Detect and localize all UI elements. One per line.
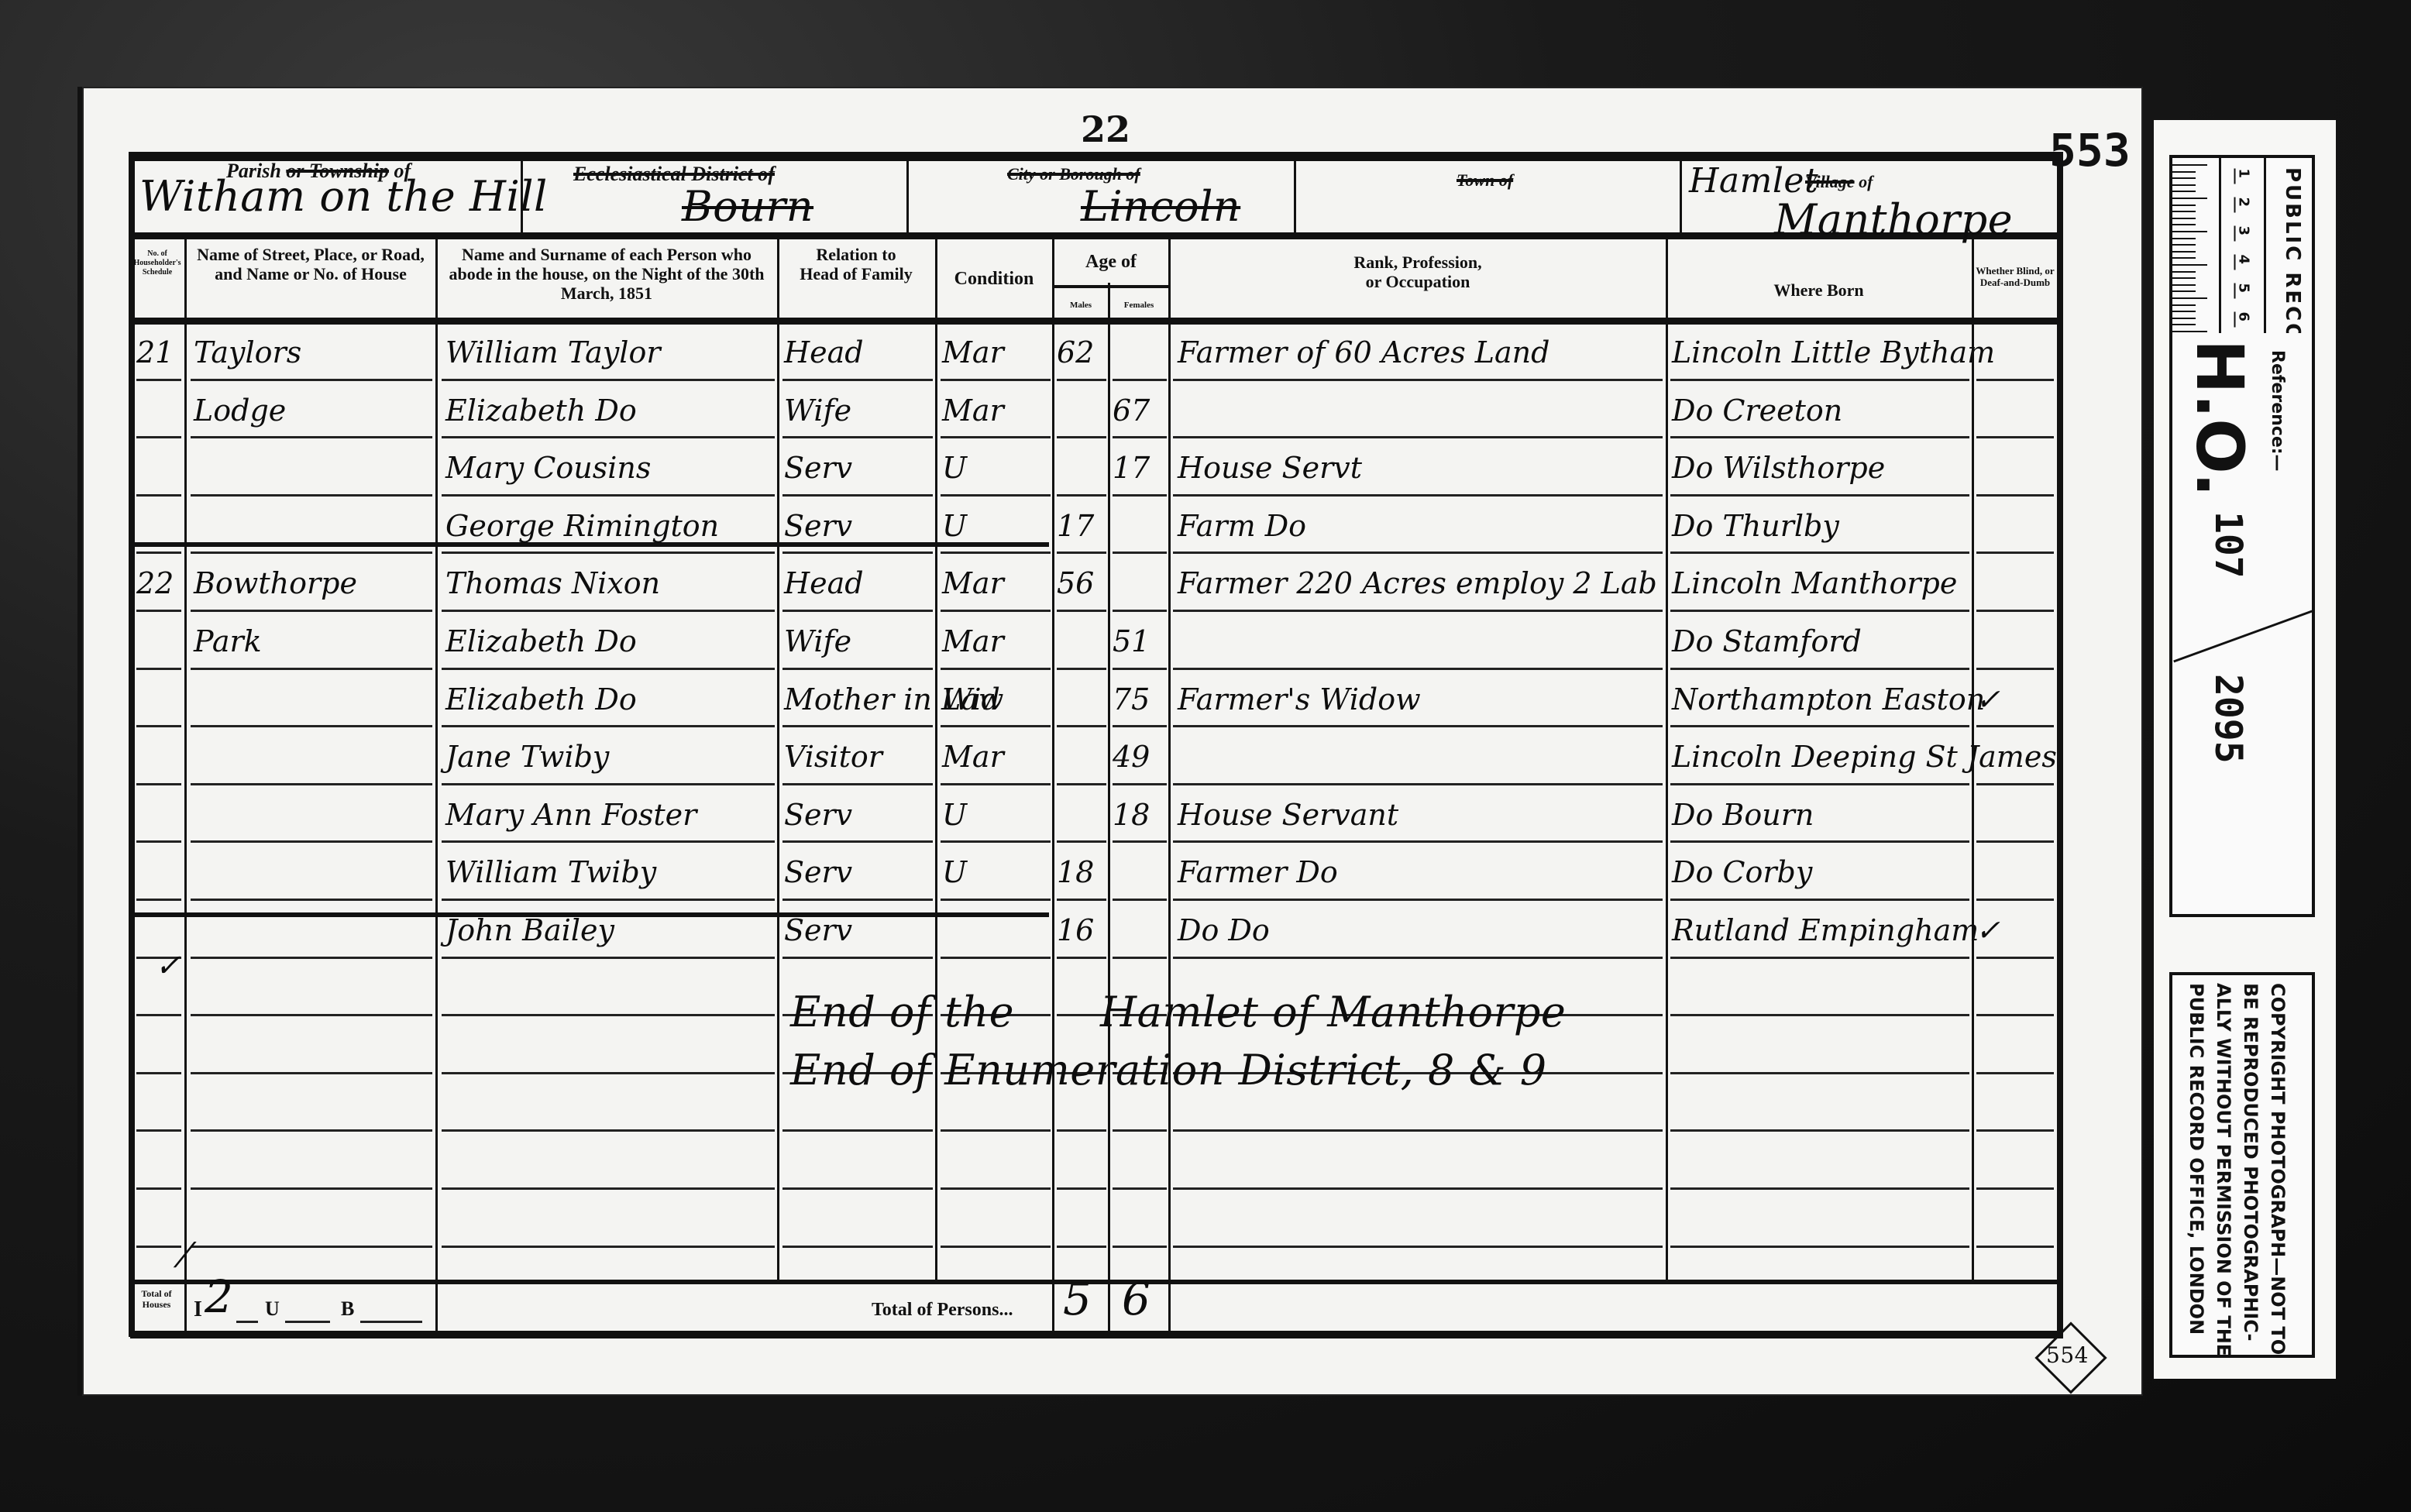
- houses-inhabited-value: 2: [205, 1280, 233, 1314]
- row-rule: [1976, 1187, 2054, 1190]
- cell-condition: Wid: [942, 672, 1051, 727]
- row-rule: [941, 1246, 1051, 1248]
- end-enumeration-district: End of Enumeration District, 8 & 9: [790, 1053, 1547, 1088]
- houses-inhabited-prefix: I: [194, 1297, 202, 1322]
- piece-divider: [2173, 610, 2313, 663]
- cell-name: William Taylor: [445, 325, 775, 380]
- copyright-line-4: PUBLIC RECORD OFFICE, LONDON: [2186, 983, 2207, 1335]
- ruler-tick: [2172, 257, 2196, 259]
- col-header-street: Name of Street, Place, or Road, and Name…: [190, 245, 432, 283]
- ruler-tick: [2172, 171, 2196, 173]
- row-rule: [782, 1187, 933, 1190]
- ruler-tick: [2172, 264, 2207, 266]
- cell-name: Mary Cousins: [445, 441, 775, 495]
- cell-age-female: 49: [1113, 730, 1167, 784]
- row-rule: [136, 1072, 181, 1074]
- row-rule: [136, 668, 181, 670]
- cell-relation: Head: [784, 556, 933, 610]
- row-rule: [191, 1014, 432, 1016]
- reference-label: Reference:—: [2268, 350, 2287, 472]
- row-rule: [1057, 1014, 1106, 1016]
- cell-birthplace: Do Thurlby: [1672, 499, 1970, 553]
- cell-birthplace: Northampton Easton: [1672, 672, 1970, 727]
- cell-age-female: 18: [1113, 788, 1167, 842]
- cell-condition: U: [942, 788, 1051, 842]
- cell-age-female: [1113, 845, 1167, 899]
- cell-age-male: 18: [1057, 845, 1106, 899]
- total-persons-label: Total of Persons...: [872, 1300, 1013, 1321]
- row-rule: [941, 1187, 1051, 1190]
- ruler-cm-label: 1: [2234, 169, 2252, 184]
- bottom-left-tick: ⁄: [182, 1239, 188, 1273]
- cell-name: William Twiby: [445, 845, 775, 899]
- ruler-box: 123456 PUBLIC RECORD OFFICE: [2169, 155, 2315, 339]
- cell-birthplace: Lincoln Manthorpe: [1672, 556, 1970, 610]
- total-females: 6: [1122, 1282, 1150, 1316]
- ruler-cm-scale: 123456: [2219, 158, 2266, 336]
- row-rule: [1670, 1129, 1969, 1132]
- cell-blind: [1976, 499, 2053, 553]
- row-rule: [1976, 1129, 2054, 1132]
- row-rule: [1057, 1246, 1106, 1248]
- series-code: H.O.: [2182, 339, 2258, 497]
- row-rule: [782, 1246, 933, 1248]
- row-rule: [442, 1246, 775, 1248]
- cell-birthplace: Do Corby: [1672, 845, 1970, 899]
- row-rule: [191, 494, 432, 497]
- row-rule: [1976, 1246, 2054, 1248]
- row-rule: [136, 899, 181, 901]
- cell-blind: [1976, 788, 2053, 842]
- piece-box: 107 2095: [2169, 496, 2315, 917]
- cell-age-female: [1113, 903, 1167, 957]
- row-rule: [1976, 1014, 2054, 1016]
- margin-tick: ✓: [155, 949, 181, 983]
- ruler-cm-label: 6: [2234, 312, 2252, 328]
- col-header-occupation: Rank, Profession, or Occupation: [1348, 253, 1488, 291]
- reference-strip: 123456 PUBLIC RECORD OFFICE Reference:— …: [2154, 120, 2336, 1379]
- cell-occupation: House Servt: [1178, 441, 1662, 495]
- col-header-condition: Condition: [937, 270, 1051, 289]
- ruler-tick: [2172, 231, 2207, 232]
- cell-relation: Wife: [784, 614, 933, 668]
- cell-occupation: Farmer Do: [1178, 845, 1662, 899]
- col-header-schedule: No. of Householder's Schedule: [133, 249, 181, 318]
- ruler-tick: [2172, 184, 2196, 186]
- cell-blind: [1976, 383, 2053, 438]
- ruler-tick: [2172, 177, 2196, 179]
- ruler-tick: [2172, 331, 2207, 332]
- street-name: Lodge: [194, 383, 430, 438]
- row-rule: [191, 1246, 432, 1248]
- piece-number: 107: [2206, 511, 2250, 579]
- row-rule: [442, 1187, 775, 1190]
- row-rule: [136, 783, 181, 785]
- cell-name: Elizabeth Do: [445, 672, 775, 727]
- row-rule: [782, 1129, 933, 1132]
- ruler-tick: [2172, 164, 2207, 166]
- cell-condition: U: [942, 845, 1051, 899]
- row-rule: [1670, 1014, 1969, 1016]
- ruler-tick: [2172, 311, 2196, 312]
- row-rule: [191, 840, 432, 843]
- cell-name: Elizabeth Do: [445, 614, 775, 668]
- cell-condition: Mar: [942, 325, 1051, 380]
- ruler-tick: [2172, 297, 2207, 299]
- ruler-tick: [2172, 204, 2196, 206]
- ruler-tick: [2172, 191, 2196, 192]
- row-rule: [1173, 1246, 1663, 1248]
- ruler-tick: [2172, 324, 2196, 325]
- row-rule: [1173, 1187, 1663, 1190]
- cell-birthplace: Do Creeton: [1672, 383, 1970, 438]
- schedule-number: 21: [136, 325, 183, 380]
- cell-occupation: [1178, 383, 1662, 438]
- cell-age-male: [1057, 441, 1106, 495]
- hamlet-value: Manthorpe: [1774, 203, 2013, 237]
- cell-occupation: House Servant: [1178, 788, 1662, 842]
- cell-birthplace: Lincoln Little Bytham: [1672, 325, 1970, 380]
- row-rule: [136, 840, 181, 843]
- row-rule: [1113, 1187, 1167, 1190]
- ruler-cm-label: 5: [2234, 283, 2252, 299]
- row-rule: [136, 1187, 181, 1190]
- row-rule: [191, 957, 432, 959]
- row-rule: [136, 494, 181, 497]
- cell-blind: [1976, 614, 2053, 668]
- row-rule: [941, 1129, 1051, 1132]
- col-header-age: Age of: [1054, 253, 1168, 272]
- cell-name: Jane Twiby: [445, 730, 775, 784]
- cell-blind: ✓: [1976, 903, 2053, 957]
- cell-condition: Mar: [942, 383, 1051, 438]
- total-males: 5: [1063, 1282, 1092, 1316]
- copyright-line-3: ALLY WITHOUT PERMISSION OF THE: [2213, 983, 2234, 1356]
- city-value: Lincoln: [1081, 190, 1240, 224]
- cell-relation: Wife: [784, 383, 933, 438]
- row-rule: [1670, 1246, 1969, 1248]
- cell-condition: Mar: [942, 730, 1051, 784]
- row-rule: [442, 1072, 775, 1074]
- cell-age-male: [1057, 672, 1106, 727]
- street-name: Bowthorpe: [194, 556, 430, 610]
- row-rule: [1670, 1072, 1969, 1074]
- cell-occupation: Farmer's Widow: [1178, 672, 1662, 727]
- cell-occupation: Farmer of 60 Acres Land: [1178, 325, 1662, 380]
- cell-blind: ✓: [1976, 672, 2053, 727]
- cell-age-female: [1113, 325, 1167, 380]
- ruler-tick: [2172, 244, 2196, 246]
- cell-birthplace: Rutland Empingham: [1672, 903, 1970, 957]
- cell-blind: [1976, 441, 2053, 495]
- cell-condition: U: [942, 441, 1051, 495]
- cell-relation: Serv: [784, 788, 933, 842]
- ruler-tick: [2172, 271, 2196, 273]
- cell-condition: Mar: [942, 556, 1051, 610]
- ruler-tick: [2172, 224, 2196, 225]
- cell-relation: Mother in Law: [784, 672, 933, 727]
- cell-occupation: [1178, 730, 1662, 784]
- cell-name: Mary Ann Foster: [445, 788, 775, 842]
- row-rule: [1670, 1187, 1969, 1190]
- ruler-cm-label: 2: [2234, 198, 2252, 213]
- row-rule: [136, 1246, 181, 1248]
- cell-name: George Rimington: [445, 499, 775, 553]
- row-rule: [136, 1014, 181, 1016]
- parish-value: Witham on the Hill: [139, 180, 548, 214]
- row-rule: [191, 552, 432, 554]
- row-rule: [1113, 1246, 1167, 1248]
- ecclesiastical-value: Bourn: [682, 190, 813, 224]
- cell-age-female: 51: [1113, 614, 1167, 668]
- cell-birthplace: Do Bourn: [1672, 788, 1970, 842]
- ruler-tick: [2172, 290, 2196, 292]
- building-label: B: [341, 1297, 354, 1321]
- cell-occupation: [1178, 614, 1662, 668]
- ruler-tick: [2172, 277, 2196, 279]
- row-rule: [1057, 1187, 1106, 1190]
- cell-name: Thomas Nixon: [445, 556, 775, 610]
- ruler-tick: [2172, 318, 2196, 319]
- cell-blind: [1976, 845, 2053, 899]
- row-rule: [136, 725, 181, 727]
- row-rule: [442, 1014, 775, 1016]
- row-rule: [191, 1187, 432, 1190]
- ruler-tick: [2172, 304, 2196, 306]
- cell-age-male: [1057, 614, 1106, 668]
- cell-age-female: [1113, 556, 1167, 610]
- row-rule: [1113, 1129, 1167, 1132]
- cell-relation: Visitor: [784, 730, 933, 784]
- row-rule: [136, 436, 181, 438]
- cell-relation: Serv: [784, 499, 933, 553]
- ruler-cm-label: 4: [2234, 255, 2252, 270]
- cell-age-male: [1057, 383, 1106, 438]
- row-rule: [136, 552, 181, 554]
- cell-age-male: 56: [1057, 556, 1106, 610]
- cell-birthplace: Do Wilsthorpe: [1672, 441, 1970, 495]
- cell-condition: Mar: [942, 614, 1051, 668]
- ruler-tick: [2172, 284, 2196, 286]
- row-rule: [191, 1072, 432, 1074]
- cell-relation: Head: [784, 325, 933, 380]
- cell-occupation: Do Do: [1178, 903, 1662, 957]
- cell-age-female: 75: [1113, 672, 1167, 727]
- cell-occupation: Farm Do: [1178, 499, 1662, 553]
- row-rule: [442, 1129, 775, 1132]
- hamlet-prefix: Hamlet: [1689, 164, 1818, 198]
- ruler-tick: [2172, 211, 2196, 212]
- hamlet-struck-word: Village: [1805, 172, 1855, 191]
- row-rule: [1976, 1072, 2054, 1074]
- row-rule: [1173, 1129, 1663, 1132]
- cell-relation: Serv: [784, 845, 933, 899]
- cell-age-male: 62: [1057, 325, 1106, 380]
- diamond-page-number: 554: [2046, 1338, 2089, 1373]
- row-rule: [1057, 1129, 1106, 1132]
- ruler-cm-label: 3: [2234, 226, 2252, 242]
- end-hamlet: Hamlet of Manthorpe: [1100, 995, 1566, 1029]
- cell-age-male: 17: [1057, 499, 1106, 553]
- folio-stamp: 22: [1081, 108, 1130, 150]
- col-header-relation: Relation to Head of Family: [798, 245, 914, 283]
- cell-age-male: [1057, 788, 1106, 842]
- col-header-age-females: Females: [1109, 301, 1168, 310]
- col-header-birthplace: Where Born: [1666, 280, 1972, 300]
- copyright-box: COPYRIGHT PHOTOGRAPH—NOT TO BE REPRODUCE…: [2169, 972, 2315, 1358]
- row-rule: [136, 1129, 181, 1132]
- reference-box: Reference:— H.O.: [2169, 333, 2315, 499]
- cell-occupation: Farmer 220 Acres employ 2 Lab: [1178, 556, 1662, 610]
- schedule-number: 22: [136, 556, 183, 610]
- cell-age-male: [1057, 730, 1106, 784]
- end-of-the: End of the: [790, 995, 1014, 1029]
- row-rule: [191, 899, 432, 901]
- ruler-tick: [2172, 198, 2207, 199]
- col-header-age-males: Males: [1054, 301, 1108, 310]
- ruler-tick: [2172, 218, 2196, 219]
- cell-age-female: [1113, 499, 1167, 553]
- copyright-line-2: BE REPRODUCED PHOTOGRAPHIC-: [2240, 983, 2261, 1341]
- cell-name: Elizabeth Do: [445, 383, 775, 438]
- cell-name: John Bailey: [445, 903, 775, 957]
- ruler-tick: [2172, 238, 2196, 239]
- street-name: Taylors: [194, 325, 430, 380]
- ruler-tick: [2172, 251, 2196, 253]
- cell-blind: [1976, 325, 2053, 380]
- cell-age-female: 17: [1113, 441, 1167, 495]
- col-header-blind: Whether Blind, or Deaf-and-Dumb: [1974, 265, 2056, 288]
- cell-condition: U: [942, 499, 1051, 553]
- col-header-name: Name and Surname of each Person who abod…: [439, 245, 774, 303]
- cell-age-female: 67: [1113, 383, 1167, 438]
- row-rule: [191, 1129, 432, 1132]
- cell-birthplace: Lincoln Deeping St James: [1672, 730, 1970, 784]
- street-name: Park: [194, 614, 430, 668]
- cell-condition: [942, 903, 1051, 957]
- cell-blind: [1976, 730, 2053, 784]
- cell-blind: [1976, 556, 2053, 610]
- copyright-line-1: COPYRIGHT PHOTOGRAPH—NOT TO: [2267, 983, 2289, 1355]
- folio-number: 2095: [2206, 674, 2250, 764]
- uninhabited-label: U: [265, 1297, 280, 1321]
- cell-relation: Serv: [784, 903, 933, 957]
- town-label: Town of: [1457, 170, 1513, 191]
- cell-relation: Serv: [784, 441, 933, 495]
- total-houses-label: Total of Houses: [133, 1288, 180, 1310]
- row-rule: [191, 725, 432, 727]
- row-rule: [191, 783, 432, 785]
- cell-age-male: 16: [1057, 903, 1106, 957]
- cell-birthplace: Do Stamford: [1672, 614, 1970, 668]
